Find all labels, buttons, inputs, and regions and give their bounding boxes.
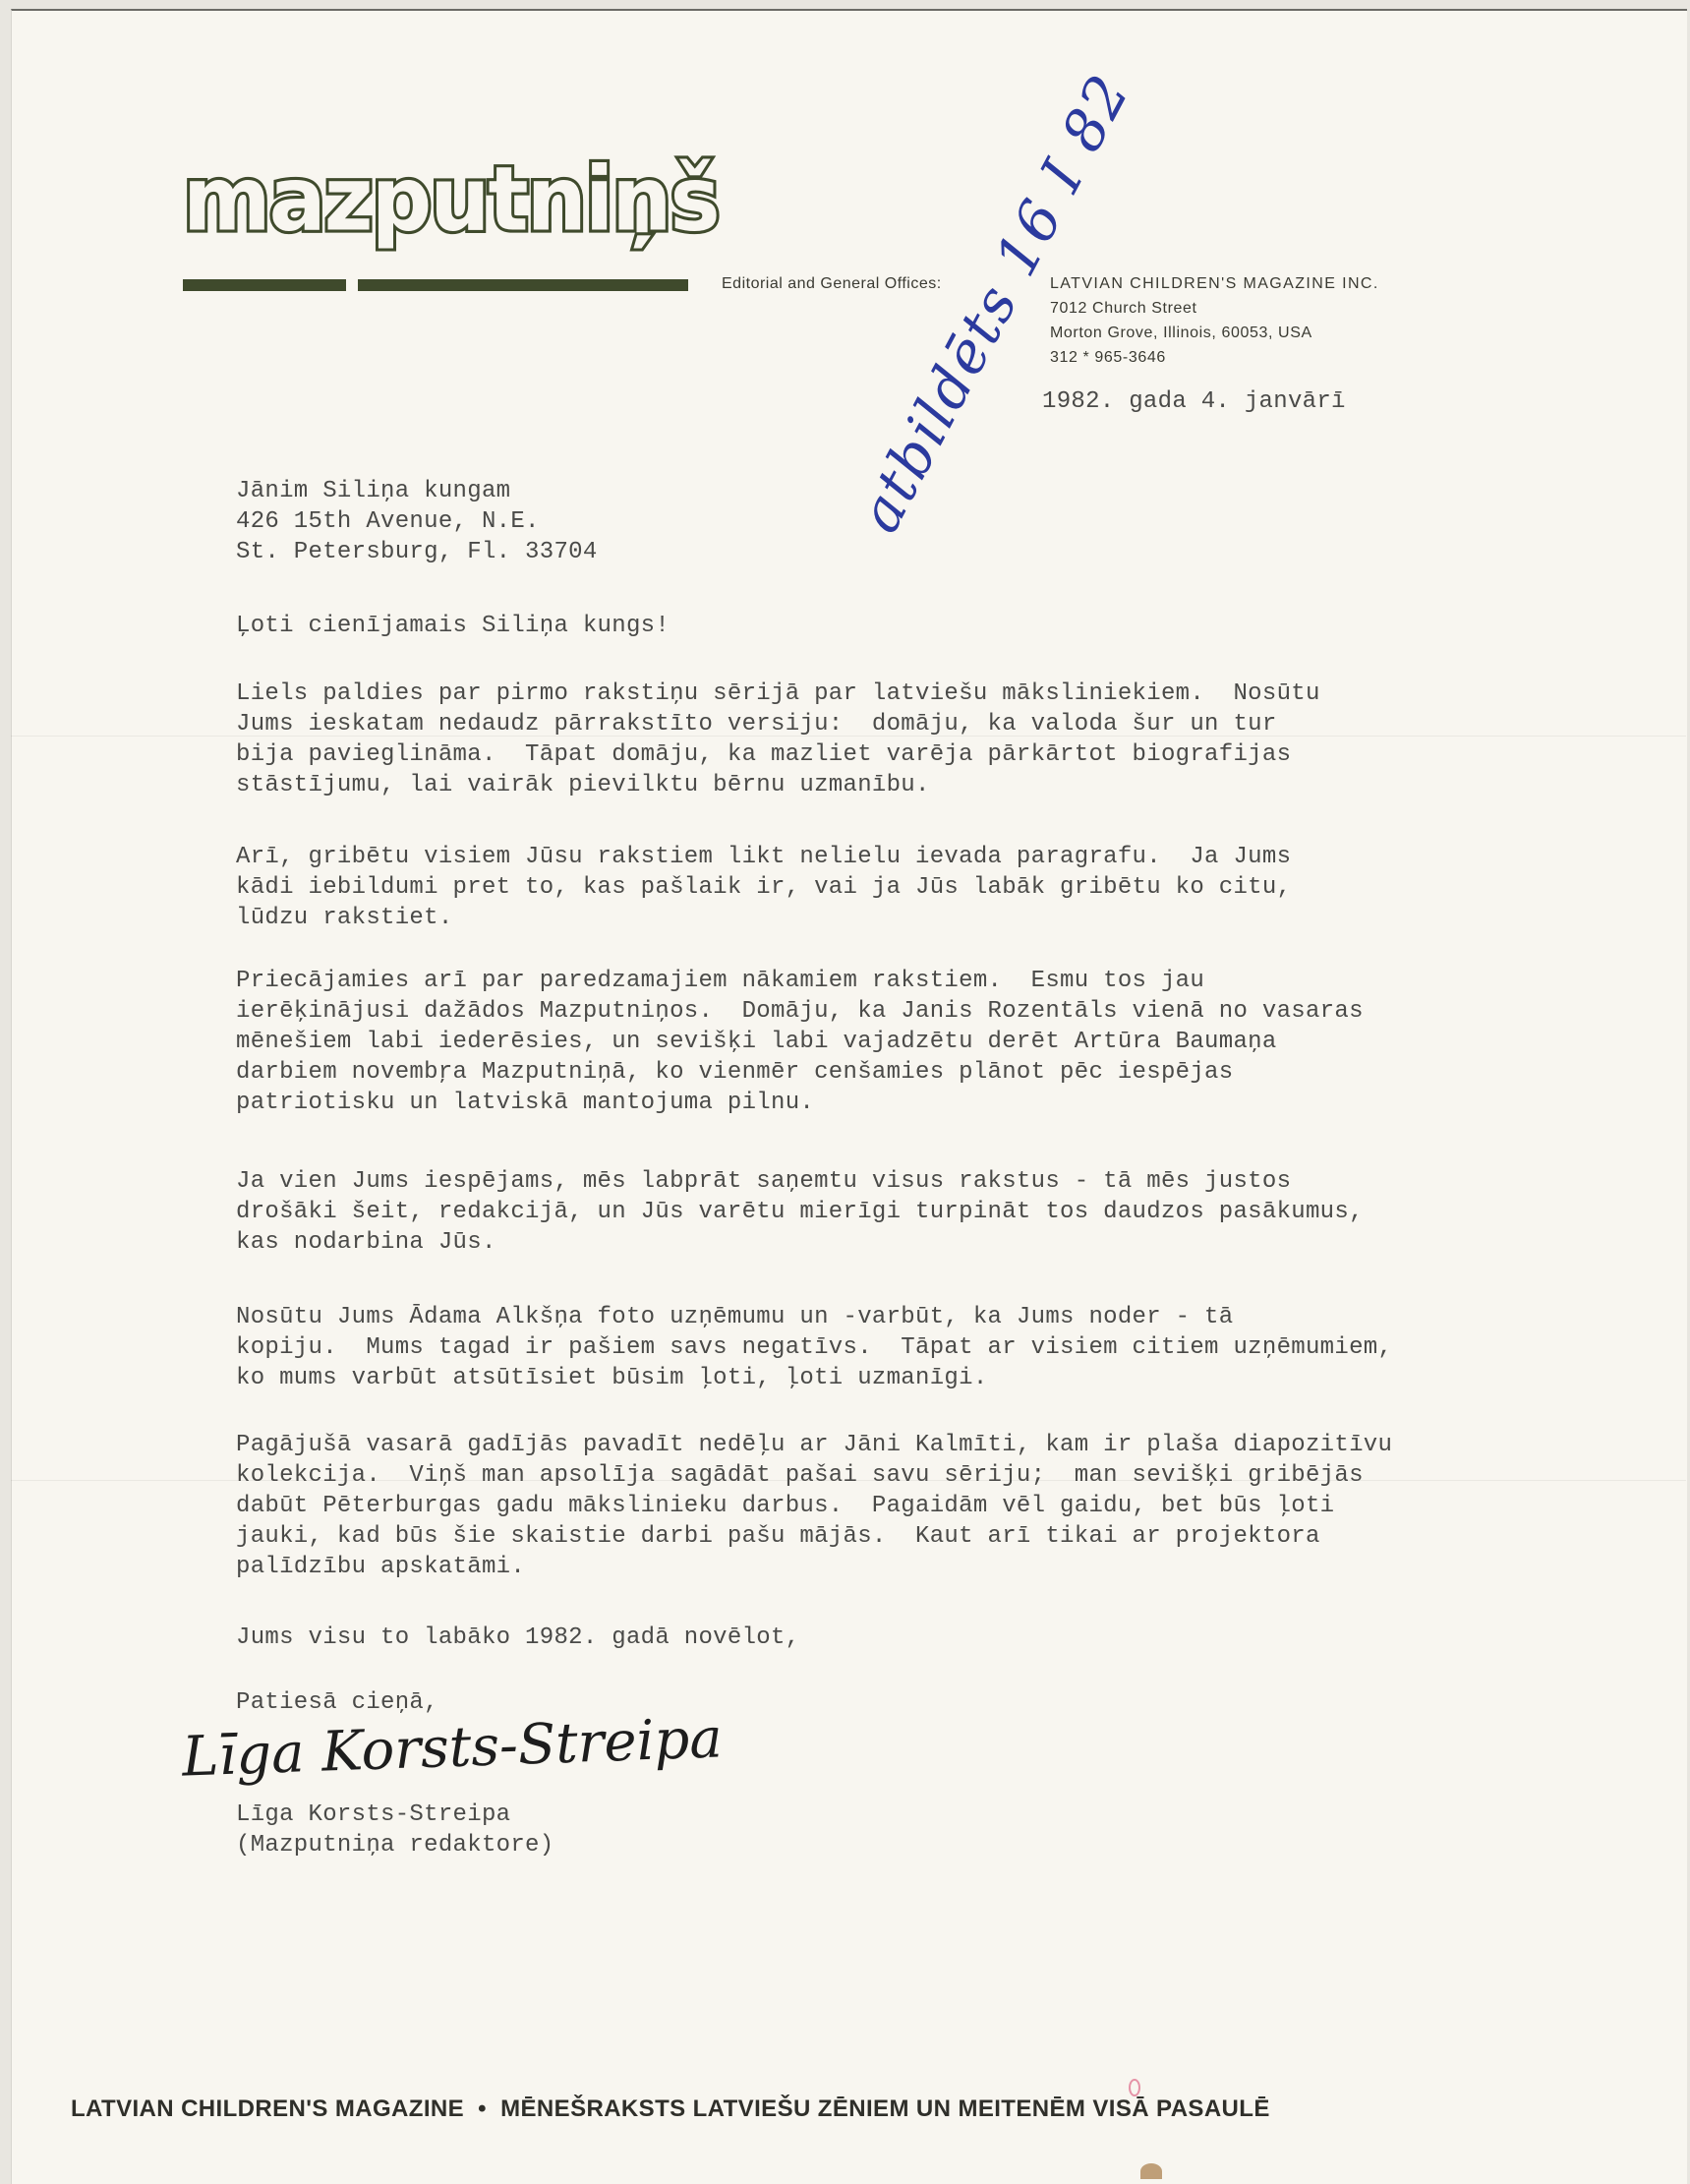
paragraph-line: kādi iebildumi pret to, kas pašlaik ir, … bbox=[236, 872, 1514, 903]
paragraph-line: kolekcija. Viņš man apsolīja sagādāt paš… bbox=[236, 1460, 1514, 1491]
body-paragraph: Liels paldies par pirmo rakstiņu sērijā … bbox=[236, 679, 1514, 800]
closing-line: Jums visu to labāko 1982. gadā novēlot, bbox=[236, 1623, 799, 1653]
paragraph-line: Liels paldies par pirmo rakstiņu sērijā … bbox=[236, 679, 1514, 709]
recipient-name: Jānim Siliņa kungam bbox=[236, 476, 598, 506]
paragraph-line: ierēķinājusi dažādos Mazputniņos. Domāju… bbox=[236, 996, 1514, 1027]
magazine-logo: mazputniņš bbox=[183, 155, 719, 244]
paragraph-line: lūdzu rakstiet. bbox=[236, 903, 1514, 933]
paragraph-line: jauki, kad būs šie skaistie darbi pašu m… bbox=[236, 1521, 1514, 1552]
paragraph-line: ko mums varbūt atsūtīsiet būsim ļoti, ļo… bbox=[236, 1363, 1514, 1393]
org-phone: 312 * 965-3646 bbox=[1050, 345, 1379, 370]
letterhead-footer: LATVIAN CHILDREN'S MAGAZINE • MĒNEŠRAKST… bbox=[71, 2095, 1270, 2123]
org-street: 7012 Church Street bbox=[1050, 296, 1379, 321]
paragraph-line: Arī, gribētu visiem Jūsu rakstiem likt n… bbox=[236, 842, 1514, 872]
paragraph-line: Nosūtu Jums Ādama Alkšņa foto uzņēmumu u… bbox=[236, 1302, 1514, 1332]
letter-date: 1982. gada 4. janvārī bbox=[1042, 386, 1346, 417]
org-city: Morton Grove, Illinois, 60053, USA bbox=[1050, 321, 1379, 345]
paragraph-line: mēnešiem labi iederēsies, un sevišķi lab… bbox=[236, 1027, 1514, 1057]
body-paragraph: Priecājamies arī par paredzamajiem nākam… bbox=[236, 966, 1514, 1118]
body-paragraph: Nosūtu Jums Ādama Alkšņa foto uzņēmumu u… bbox=[236, 1302, 1514, 1393]
paragraph-line: kas nodarbina Jūs. bbox=[236, 1227, 1514, 1258]
body-paragraph: Pagājušā vasarā gadījās pavadīt nedēļu a… bbox=[236, 1430, 1514, 1582]
org-address-block: LATVIAN CHILDREN'S MAGAZINE INC. 7012 Ch… bbox=[1050, 271, 1379, 370]
offices-label: Editorial and General Offices: bbox=[722, 275, 942, 293]
recipient-address-line1: 426 15th Avenue, N.E. bbox=[236, 506, 598, 537]
recipient-address-line2: St. Petersburg, Fl. 33704 bbox=[236, 537, 598, 567]
salutation: Ļoti cienījamais Siliņa kungs! bbox=[236, 611, 670, 641]
paragraph-line: dabūt Pēterburgas gadu mākslinieku darbu… bbox=[236, 1491, 1514, 1521]
signer-name: Līga Korsts-Streipa bbox=[236, 1800, 554, 1830]
paragraph-line: darbiem novembŗa Mazputniņā, ko vienmēr … bbox=[236, 1057, 1514, 1088]
paragraph-line: kopiju. Mums tagad ir pašiem savs negatī… bbox=[236, 1332, 1514, 1363]
signer-title: (Mazputniņa redaktore) bbox=[236, 1830, 554, 1860]
paragraph-line: drošāki šeit, redakcijā, un Jūs varētu m… bbox=[236, 1197, 1514, 1227]
paragraph-line: Jums ieskatam nedaudz pārrakstīto versij… bbox=[236, 709, 1514, 739]
paragraph-line: palīdzību apskatāmi. bbox=[236, 1552, 1514, 1582]
logo-underline bbox=[183, 279, 346, 291]
paragraph-line: stāstījumu, lai vairāk pievilktu bērnu u… bbox=[236, 770, 1514, 800]
logo-underline bbox=[358, 279, 688, 291]
paragraph-line: Priecājamies arī par paredzamajiem nākam… bbox=[236, 966, 1514, 996]
ink-mark bbox=[1129, 2079, 1140, 2096]
regards: Patiesā cieņā, bbox=[236, 1687, 438, 1718]
body-paragraph: Arī, gribētu visiem Jūsu rakstiem likt n… bbox=[236, 842, 1514, 933]
recipient-block: Jānim Siliņa kungam 426 15th Avenue, N.E… bbox=[236, 476, 598, 567]
org-name: LATVIAN CHILDREN'S MAGAZINE INC. bbox=[1050, 271, 1379, 296]
paragraph-line: Ja vien Jums iespējams, mēs labprāt saņe… bbox=[236, 1166, 1514, 1197]
paper-stain bbox=[1140, 2163, 1162, 2179]
paragraph-line: Pagājušā vasarā gadījās pavadīt nedēļu a… bbox=[236, 1430, 1514, 1460]
signer-block: Līga Korsts-Streipa (Mazputniņa redaktor… bbox=[236, 1800, 554, 1860]
body-paragraph: Ja vien Jums iespējams, mēs labprāt saņe… bbox=[236, 1166, 1514, 1258]
paragraph-line: patriotisku un latviskā mantojuma pilnu. bbox=[236, 1088, 1514, 1118]
paragraph-line: bija pavieglināma. Tāpat domāju, ka mazl… bbox=[236, 739, 1514, 770]
